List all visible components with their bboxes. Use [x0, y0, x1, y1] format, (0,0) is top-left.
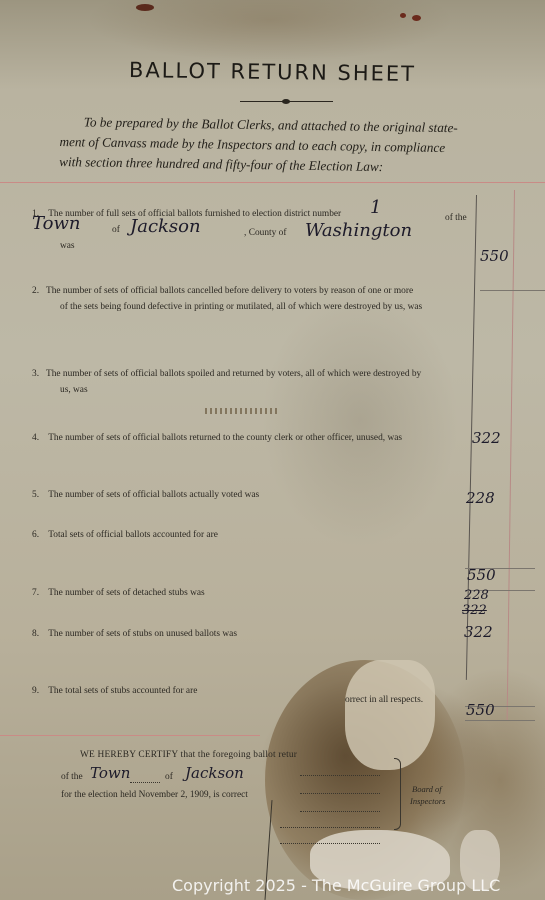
column-rule-right	[507, 190, 515, 720]
item-4-value: 322	[472, 429, 501, 447]
item-text: The total sets of stubs accounted for ar…	[48, 686, 197, 696]
dotted-line	[130, 782, 160, 783]
of-label: of	[112, 222, 120, 238]
item-text: The number of sets of detached stubs was	[48, 588, 204, 598]
title-ornament	[240, 101, 333, 102]
item-text: The number of sets of official ballots a…	[48, 490, 259, 500]
municipality-field: Jackson	[130, 216, 201, 237]
was-label: was	[60, 238, 75, 254]
ink-blot	[400, 13, 406, 18]
inspectors-brace	[394, 758, 401, 830]
certification-line-3: for the election held November 2, 1909, …	[61, 790, 248, 800]
item-text: The number of sets of official ballots c…	[46, 286, 413, 296]
signature-line	[300, 811, 380, 812]
item-7-value: 228	[464, 588, 489, 603]
item-7: 7. The number of sets of detached stubs …	[32, 585, 477, 601]
bottom-red-rule	[0, 735, 260, 736]
column-row-rule	[465, 720, 535, 721]
signature-line	[300, 793, 380, 794]
item-text: The number of sets of official ballots s…	[46, 369, 421, 379]
item-number: 4.	[32, 430, 46, 446]
top-red-rule	[0, 182, 545, 183]
item-text: Total sets of official ballots accounted…	[48, 530, 218, 540]
item-number: 6.	[32, 527, 46, 543]
item-number: 5.	[32, 487, 46, 503]
item-number: 7.	[32, 585, 46, 601]
inspectors-label: Inspectors	[410, 796, 445, 806]
of-the-label: of the	[445, 210, 467, 226]
ballot-return-sheet: BALLOT RETURN SHEET To be prepared by th…	[0, 0, 545, 900]
item-1-value: 550	[480, 247, 509, 265]
item-5-value: 228	[466, 489, 495, 507]
item-2: 2.The number of sets of official ballots…	[32, 283, 477, 315]
item-number: 8.	[32, 626, 46, 642]
board-of-label: Board of	[412, 784, 442, 794]
district-number-field: 1	[370, 197, 381, 218]
column-row-rule	[480, 290, 545, 291]
item-9-value: 550	[466, 701, 495, 719]
page-title: BALLOT RETURN SHEET	[0, 56, 545, 88]
certification-municipality: Jackson	[185, 764, 244, 782]
item-text: The number of sets of official ballots r…	[48, 433, 402, 443]
item-8: 8. The number of sets of stubs on unused…	[32, 626, 477, 642]
item-4: 4. The number of sets of official ballot…	[32, 430, 477, 446]
certification-of-the: of the	[61, 772, 83, 782]
copyright-watermark: Copyright 2025 - The McGuire Group LLC	[172, 876, 500, 895]
certification-municipality-type: Town	[90, 764, 130, 782]
item-8-value: 322	[464, 623, 493, 641]
faint-ink-marks	[205, 408, 280, 414]
county-field: Washington	[305, 220, 412, 241]
certification-line-1: WE HEREBY CERTIFY that the foregoing bal…	[80, 750, 297, 760]
item-5: 5. The number of sets of official ballot…	[32, 487, 477, 503]
item-text: The number of sets of stubs on unused ba…	[48, 629, 237, 639]
signature-line	[280, 827, 380, 828]
item-text-cont: us, was	[32, 382, 477, 398]
item-text-cont: of the sets being found defective in pri…	[32, 299, 477, 315]
item-6-value: 550	[467, 566, 496, 584]
ink-blot	[412, 15, 421, 21]
item-number: 3.	[32, 366, 46, 382]
signature-line	[300, 775, 380, 776]
torn-paper-patch	[345, 660, 435, 770]
correct-fragment: orrect in all respects.	[345, 692, 423, 708]
item-6: 6. Total sets of official ballots accoun…	[32, 527, 477, 543]
item-number: 9.	[32, 683, 46, 699]
county-label: , County of	[244, 225, 286, 241]
municipality-type-field: Town	[32, 213, 80, 234]
item-3: 3.The number of sets of official ballots…	[32, 366, 477, 398]
signature-line	[280, 843, 380, 844]
intro-paragraph: To be prepared by the Ballot Clerks, and…	[59, 112, 510, 179]
certification-of: of	[165, 772, 173, 782]
item-7-struck-value: 322	[462, 603, 487, 618]
item-number: 2.	[32, 283, 46, 299]
ink-blot	[136, 4, 154, 11]
